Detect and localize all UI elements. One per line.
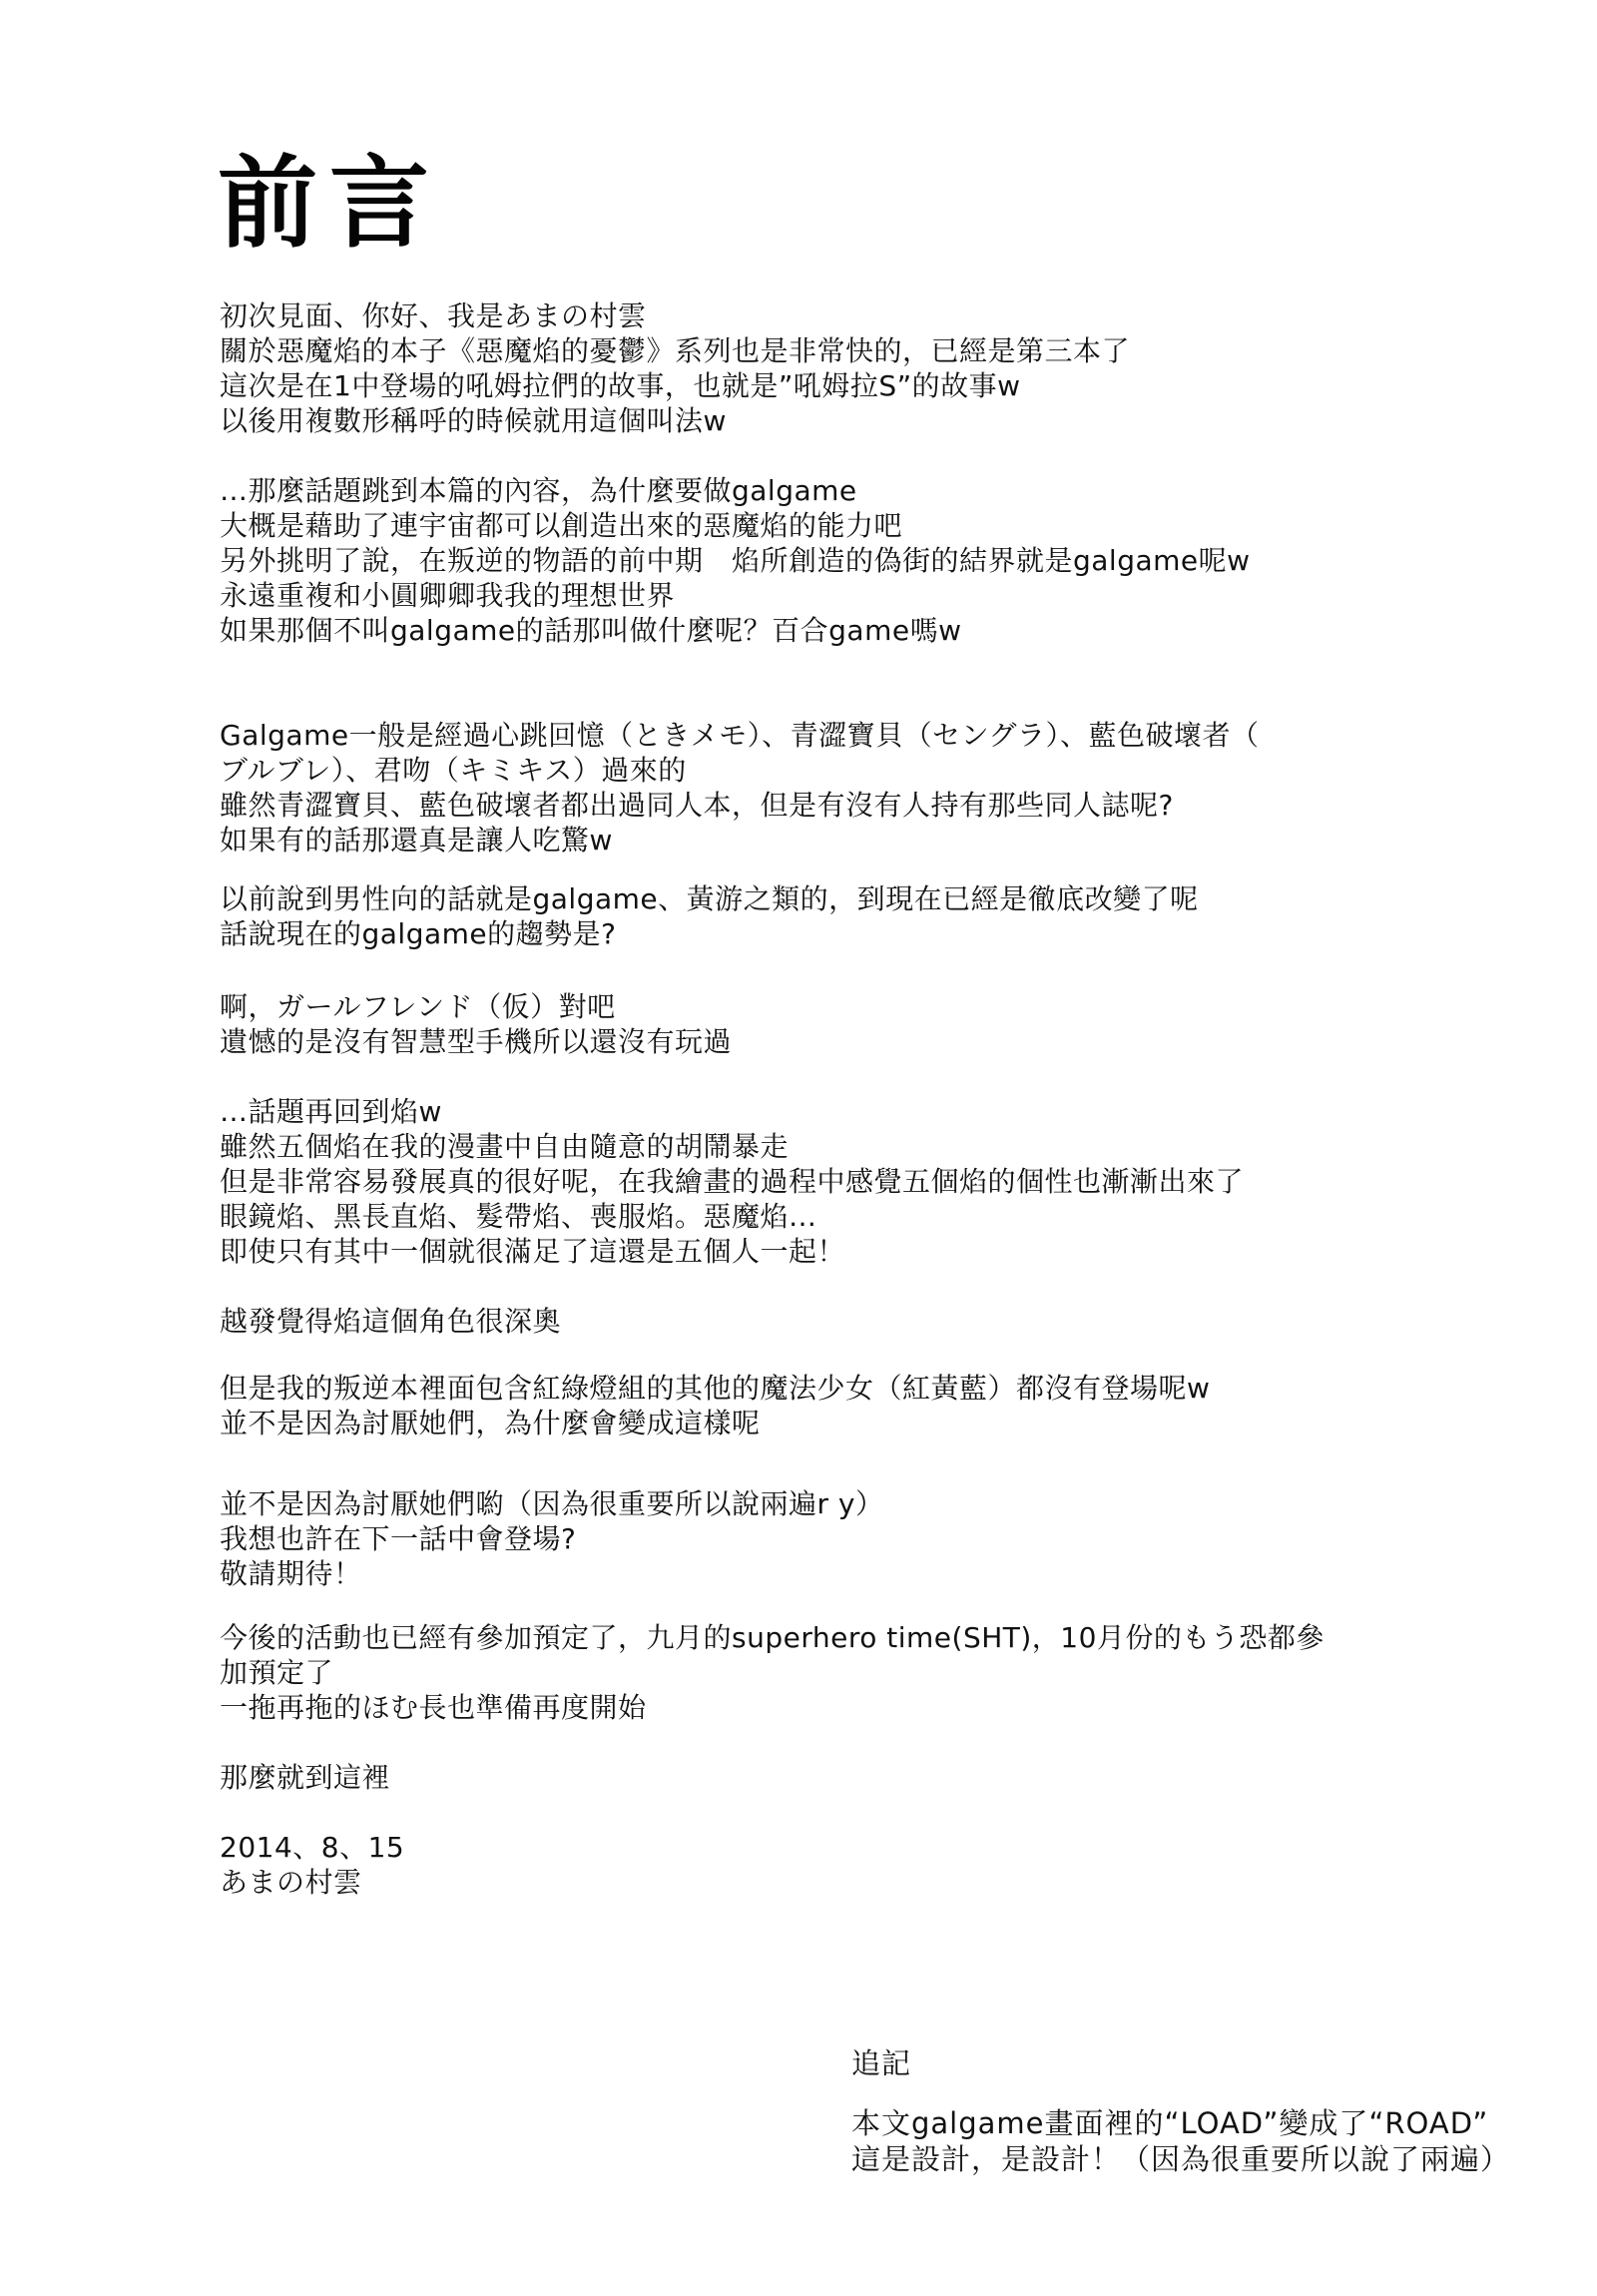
body-line: 遺憾的是沒有智慧型手機所以還沒有玩過 (220, 1025, 732, 1059)
body-line: 這次是在1中登場的吼姆拉們的故事，也就是”吼姆拉S”的故事w (220, 369, 1021, 403)
body-line: 並不是因為討厭她們喲（因為很重要所以說兩遍r y） (220, 1487, 884, 1521)
body-line: 啊，ガールフレンド（仮）對吧 (220, 990, 616, 1024)
body-line: 越發覺得焰這個角色很深奧 (220, 1305, 561, 1339)
postscript-line: 本文galgame畫面裡的“LOAD”變成了“ROAD” (851, 2106, 1488, 2140)
body-line: 話說現在的galgame的趨勢是? (220, 917, 617, 951)
body-line: Galgame一般是經過心跳回憶（ときメモ）、青澀寶貝（セングラ）、藍色破壞者（ (220, 719, 1260, 753)
postscript-line: 這是設計，是設計！（因為很重要所以說了兩遍） (851, 2142, 1510, 2176)
body-line: 但是我的叛逆本裡面包含紅綠燈組的其他的魔法少女（紅黃藍）都沒有登場呢w (220, 1372, 1210, 1406)
body-line: 加預定了 (220, 1656, 333, 1690)
body-line: 一拖再拖的ほむ長也準備再度開始 (220, 1691, 647, 1725)
body-line: …那麼話題跳到本篇的內容，為什麼要做galgame (220, 474, 857, 508)
body-line: 初次見面、你好、我是あまの村雲 (220, 299, 647, 333)
body-line: 永遠重複和小圓卿卿我我的理想世界 (220, 579, 675, 613)
body-line: 以前說到男性向的話就是galgame、黃游之類的，到現在已經是徹底改變了呢 (220, 882, 1199, 916)
body-line: 敬請期待！ (220, 1557, 362, 1591)
body-line: 如果那個不叫galgame的話那叫做什麼呢？百合game嗎w (220, 614, 961, 648)
body-line: 我想也許在下一話中會登場? (220, 1522, 576, 1556)
signature-date: 2014、8、15 (220, 1831, 404, 1865)
body-line: 那麼就到這裡 (220, 1761, 390, 1795)
document-page: 前言 初次見面、你好、我是あまの村雲 關於惡魔焰的本子《惡魔焰的憂鬱》系列也是非… (0, 0, 1597, 2296)
body-line: 如果有的話那還真是讓人吃驚w (220, 824, 613, 858)
page-title: 前言 (218, 146, 441, 262)
body-line: 另外挑明了說，在叛逆的物語的前中期 焰所創造的偽街的結界就是galgame呢w (220, 544, 1251, 578)
body-line: …話題再回到焰w (220, 1095, 442, 1129)
signature-author: あまの村雲 (220, 1866, 362, 1900)
body-line: 大概是藉助了連宇宙都可以創造出來的惡魔焰的能力吧 (220, 509, 902, 543)
body-line: ブルブレ）、君吻（キミキス）過來的 (220, 754, 687, 788)
body-line: 雖然青澀寶貝、藍色破壞者都出過同人本，但是有沒有人持有那些同人誌呢? (220, 789, 1174, 823)
body-line: 但是非常容易發展真的很好呢，在我繪畫的過程中感覺五個焰的個性也漸漸出來了 (220, 1165, 1244, 1199)
body-line: 即使只有其中一個就很滿足了這還是五個人一起！ (220, 1235, 845, 1269)
body-line: 雖然五個焰在我的漫畫中自由隨意的胡鬧暴走 (220, 1130, 789, 1164)
body-line: 並不是因為討厭她們，為什麼會變成這樣呢 (220, 1407, 761, 1440)
body-line: 以後用複數形稱呼的時候就用這個叫法w (220, 404, 727, 438)
body-line: 今後的活動也已經有參加預定了，九月的superhero time(SHT)，10… (220, 1621, 1325, 1655)
body-line: 眼鏡焰、黑長直焰、髮帶焰、喪服焰。惡魔焰… (220, 1200, 817, 1234)
postscript-heading: 追記 (851, 2046, 911, 2080)
body-line: 關於惡魔焰的本子《惡魔焰的憂鬱》系列也是非常快的，已經是第三本了 (220, 334, 1130, 368)
